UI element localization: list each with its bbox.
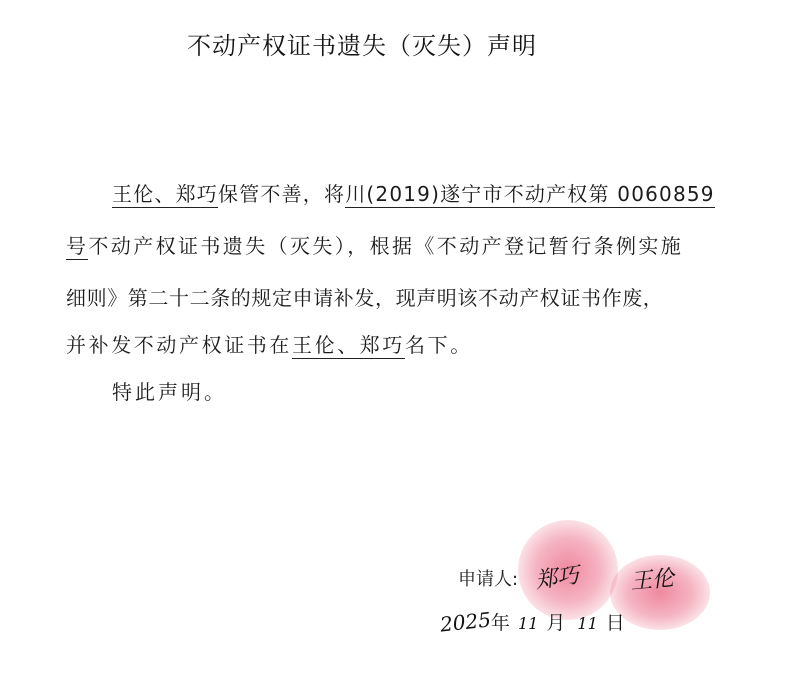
- signature-date: 2025年 11月 11日: [440, 608, 625, 635]
- date-day: 11: [577, 614, 597, 633]
- owner-names: 王伦、郑巧: [112, 182, 218, 208]
- date-month: 11: [518, 614, 538, 633]
- body-text: 不动产权证书遗失（灭失），根据《不动产登记暂行条例实施: [88, 234, 683, 258]
- body-text: 名下。: [405, 333, 473, 357]
- signature-zheng-qiao: 郑巧: [533, 558, 581, 595]
- day-unit: 日: [606, 612, 625, 634]
- certificate-number: 川(2019)遂宁市不动产权第 0060859: [345, 182, 715, 208]
- body-line-2: 号不动产权证书遗失（灭失），根据《不动产登记暂行条例实施: [66, 230, 683, 259]
- document-title: 不动产权证书遗失（灭失）声明: [187, 26, 607, 61]
- body-text: 并补发不动产权证书在: [66, 333, 292, 357]
- certificate-number-suffix: 号: [66, 234, 88, 260]
- body-line-1: 王伦、郑巧保管不善，将川(2019)遂宁市不动产权第 0060859: [112, 178, 715, 207]
- year-unit: 年: [491, 612, 510, 634]
- date-year: 2025: [439, 607, 492, 636]
- month-unit: 月: [546, 612, 565, 634]
- signature-wang-lun: 王伦: [629, 561, 676, 596]
- owner-names: 王伦、郑巧: [292, 333, 405, 359]
- body-line-4: 并补发不动产权证书在王伦、郑巧名下。: [66, 329, 473, 358]
- body-text: 细则》第二十二条的规定申请补发，现声明该不动产权证书作废，: [66, 286, 663, 310]
- body-line-3: 细则》第二十二条的规定申请补发，现声明该不动产权证书作废，: [66, 282, 663, 311]
- body-text: 保管不善，将: [218, 182, 345, 206]
- closing-statement: 特此声明。: [112, 376, 227, 405]
- applicant-label: 申请人:: [458, 565, 518, 591]
